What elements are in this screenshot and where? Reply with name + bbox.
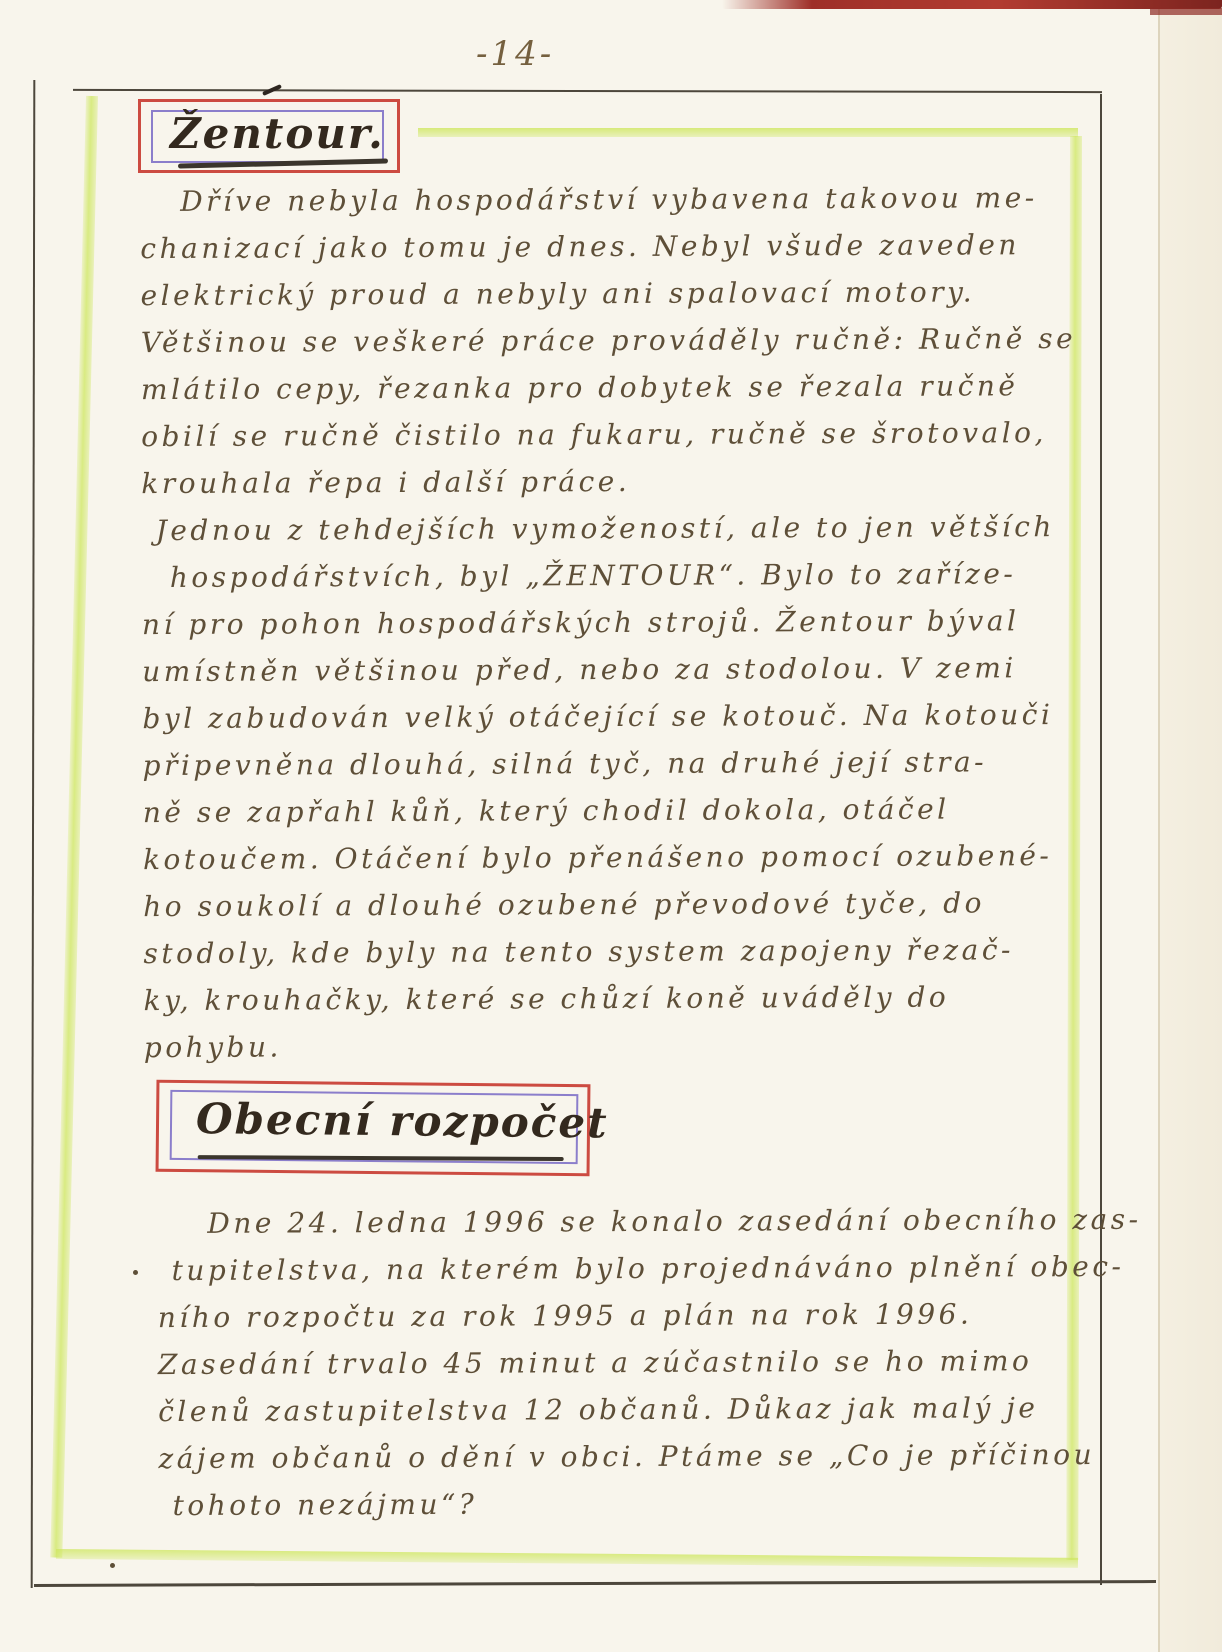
section-heading-rozpocet: Obecní rozpočet bbox=[196, 1094, 609, 1147]
text-line: chanizací jako tomu je dnes. Nebyl všude… bbox=[140, 221, 1100, 272]
text-line: krouhala řepa i další práce. bbox=[141, 456, 1101, 507]
ink-dot bbox=[133, 1270, 138, 1275]
highlight-stripe-top bbox=[418, 128, 1078, 137]
text-line: připevněna dlouhá, silná tyč, na druhé j… bbox=[143, 738, 1103, 789]
text-line: stodoly, kde byly na tento system zapoje… bbox=[143, 926, 1103, 977]
page-right-edge bbox=[1158, 0, 1222, 1652]
text-line: kotoučem. Otáčení bylo přenášeno pomocí … bbox=[143, 832, 1103, 883]
text-line: byl zabudován velký otáčející se kotouč.… bbox=[142, 691, 1102, 742]
text-line: obilí se ručně čistilo na fukaru, ručně … bbox=[141, 409, 1101, 460]
text-line: tohoto nezájmu“? bbox=[173, 1478, 1119, 1529]
section-heading-box-rozpocet: Obecní rozpočet bbox=[156, 1080, 591, 1177]
section-heading-zentour: Žentour. bbox=[170, 109, 385, 158]
section-text-rozpocet: Dne 24. ledna 1996 se konalo zasedání ob… bbox=[157, 1196, 1118, 1529]
text-line: umístněn většinou před, nebo za stodolou… bbox=[142, 644, 1102, 695]
text-line: mlátilo cepy, řezanka pro dobytek se řez… bbox=[141, 362, 1101, 413]
text-line: Většinou se veškeré práce prováděly ručn… bbox=[141, 315, 1101, 366]
page-border-top bbox=[73, 89, 1102, 93]
section-heading-box-zentour: Žentour. bbox=[138, 99, 400, 173]
highlight-stripe-bottom bbox=[56, 1549, 1078, 1568]
text-line: členů zastupitelstva 12 občanů. Důkaz ja… bbox=[158, 1384, 1118, 1435]
chronicle-page: { "page": { "number": "-14-" }, "colors"… bbox=[0, 0, 1222, 1652]
book-cover-red-strip bbox=[722, 0, 1222, 9]
text-line: Jednou z tehdejších vymožeností, ale to … bbox=[155, 503, 1101, 554]
text-line: hospodářstvích, byl „ŽENTOUR“. Bylo to z… bbox=[170, 550, 1102, 601]
text-line: ky, krouhačky, které se chůzí koně uvádě… bbox=[144, 973, 1104, 1024]
text-line: ního rozpočtu za rok 1995 a plán na rok … bbox=[158, 1290, 1118, 1341]
text-line: elektrický proud a nebyly ani spalovací … bbox=[140, 268, 1100, 319]
text-line: pohybu. bbox=[144, 1020, 1104, 1071]
page-number: -14- bbox=[476, 34, 554, 74]
text-line: zájem občanů o dění v obci. Ptáme se „Co… bbox=[158, 1431, 1118, 1482]
section-text-zentour: Dříve nebyla hospodářství vybavena takov… bbox=[140, 174, 1104, 1071]
highlight-stripe-left bbox=[50, 96, 98, 1558]
text-line: ho soukolí a dlouhé ozubené převodové ty… bbox=[143, 879, 1103, 930]
text-line: tupitelstva, na kterém bylo projednáváno… bbox=[171, 1243, 1117, 1294]
book-cover-red-strip-corner bbox=[1150, 8, 1222, 15]
page-border-left bbox=[31, 80, 36, 1588]
text-line: ně se zapřahl kůň, který chodil dokola, … bbox=[143, 785, 1103, 836]
ink-dot bbox=[110, 1563, 115, 1568]
page-border-bottom bbox=[34, 1580, 1156, 1587]
text-line: Dříve nebyla hospodářství vybavena takov… bbox=[180, 174, 1100, 225]
text-line: Dne 24. ledna 1996 se konalo zasedání ob… bbox=[207, 1196, 1117, 1247]
text-line: Zasedání trvalo 45 minut a zúčastnilo se… bbox=[158, 1337, 1118, 1388]
text-line: ní pro pohon hospodářských strojů. Žento… bbox=[142, 597, 1102, 648]
